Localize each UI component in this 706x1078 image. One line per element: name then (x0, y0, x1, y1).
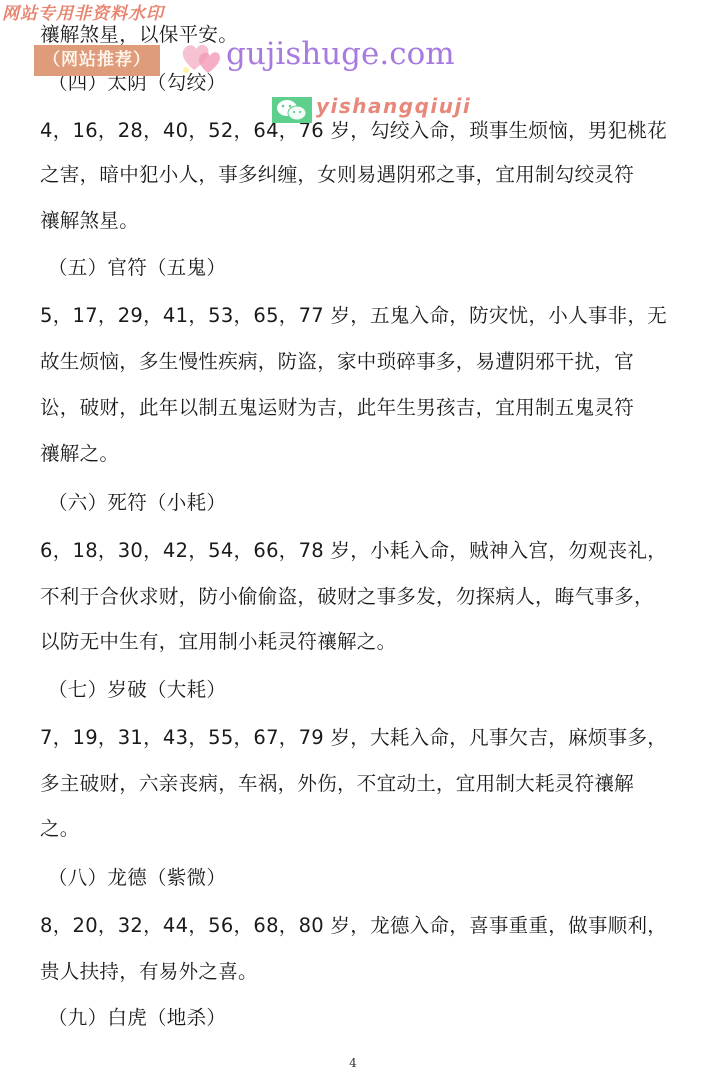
paragraph-line: 5，17，29，41，53，65，77 岁，五鬼入命，防灾忧，小人事非，无 (40, 303, 667, 329)
paragraph-line: 之害，暗中犯小人，事多纠缠，女则易遇阴邪之事，宜用制勾绞灵符 (40, 162, 634, 188)
section-heading-5: （五）官符（五鬼） (48, 255, 226, 281)
section-heading-9: （九）白虎（地杀） (48, 1005, 226, 1031)
watermark-wechat-handle: yishangqiuji (316, 94, 471, 118)
paragraph-line: 禳解煞星。 (40, 208, 139, 234)
paragraph-line: 讼，破财，此年以制五鬼运财为吉，此年生男孩吉，宜用制五鬼灵符 (40, 395, 634, 421)
paragraph-line: 不利于合伙求财，防小偷偷盗，破财之事多发，勿探病人，晦气事多， (40, 584, 654, 610)
paragraph-line: 6，18，30，42，54，66，78 岁，小耗入命，贼神入宫，勿观丧礼， (40, 538, 667, 564)
watermark-site: gujishuge.com (226, 36, 455, 72)
paragraph-line: 7，19，31，43，55，67，79 岁，大耗入命，凡事欠吉，麻烦事多， (40, 725, 667, 751)
document-page: 禳解煞星，以保平安。 （四）太阴（勾绞） 4，16，28，40，52，64，76… (0, 0, 706, 1078)
paragraph-line: 之。 (40, 816, 80, 842)
wechat-icon (272, 97, 312, 123)
section-heading-6: （六）死符（小耗） (48, 490, 226, 516)
section-heading-8: （八）龙德（紫微） (48, 865, 226, 891)
heart-icon (180, 40, 224, 76)
section-heading-7: （七）岁破（大耗） (48, 677, 226, 703)
paragraph-line: 贵人扶持，有易外之喜。 (40, 959, 258, 985)
paragraph-line: 8，20，32，44，56，68，80 岁，龙德入命，喜事重重，做事顺利， (40, 913, 667, 939)
watermark-banner: 网站专用非资料水印 (2, 0, 164, 24)
paragraph-line: 以防无中生有，宜用制小耗灵符禳解之。 (40, 629, 396, 655)
paragraph-line: 4，16，28，40，52，64，76 岁，勾绞入命，琐事生烦恼，男犯桃花 (40, 118, 667, 144)
page-number: 4 (0, 1056, 706, 1070)
paragraph-line: 多主破财，六亲丧病，车祸，外伤，不宜动土，宜用制大耗灵符禳解 (40, 771, 634, 797)
paragraph-line: 故生烦恼，多生慢性疾病，防盗，家中琐碎事多，易遭阴邪干扰，官 (40, 349, 634, 375)
watermark-badge: （网站推荐） (34, 45, 160, 76)
paragraph-line: 禳解之。 (40, 441, 119, 467)
